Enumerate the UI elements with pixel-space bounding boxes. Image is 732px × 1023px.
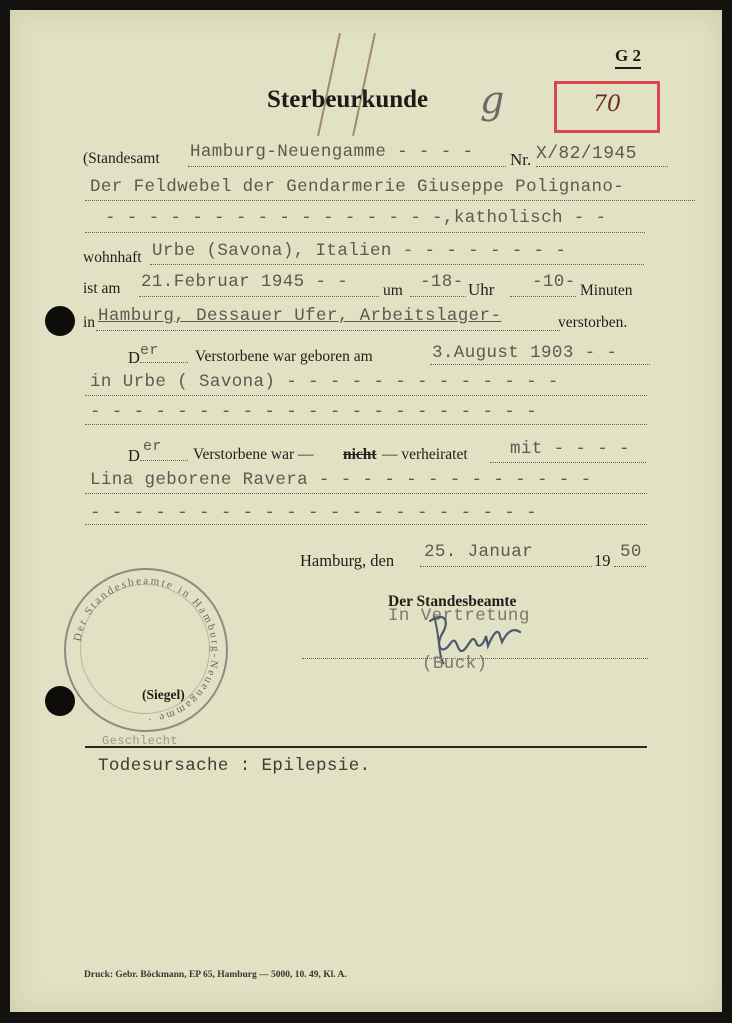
- seal-ring-text: Der Standesbeamte in Hamburg-Neuengamme …: [66, 570, 226, 730]
- spouse-name: Lina geborene Ravera - - - - - - - - - -…: [90, 470, 591, 490]
- death-date: 21.Februar 1945 - -: [141, 272, 348, 292]
- dotted-line: [614, 566, 646, 567]
- punch-hole-top: [45, 306, 75, 336]
- separator-line: [85, 746, 647, 748]
- dotted-line: [85, 200, 695, 201]
- married-struck-word: nicht: [343, 446, 377, 464]
- signer-name: (Buck): [422, 654, 487, 674]
- minuten-label: Minuten: [580, 282, 633, 300]
- residence-value: Urbe (Savona), Italien - - - - - - - -: [152, 241, 566, 261]
- dotted-line: [536, 166, 668, 167]
- birth-filler: - - - - - - - - - - - - - - - - - - - - …: [90, 402, 537, 422]
- pencil-stroke-mark: [317, 33, 341, 136]
- um-label: um: [383, 282, 403, 300]
- born-label: Verstorbene war geboren am: [195, 348, 373, 366]
- married-label-b: — verheiratet: [382, 446, 468, 464]
- married-prefix-typed: er: [143, 438, 162, 455]
- dotted-line: [510, 296, 576, 297]
- red-number-box: 70: [554, 81, 660, 133]
- dotted-line: [139, 296, 379, 297]
- birth-date: 3.August 1903 - -: [432, 343, 617, 363]
- issuance-date: 25. Januar: [424, 542, 533, 562]
- dotted-line: [140, 362, 188, 363]
- dotted-line: [85, 524, 647, 525]
- death-place: Hamburg, Dessauer Ufer, Arbeitslager-: [98, 306, 501, 326]
- married-label-a: Verstorbene war —: [193, 446, 314, 464]
- uhr-label: Uhr: [468, 280, 494, 300]
- official-seal: Der Standesbeamte in Hamburg-Neuengamme …: [64, 568, 228, 732]
- seal-label: (Siegel): [142, 687, 185, 703]
- dotted-line: [410, 296, 466, 297]
- dotted-line: [85, 493, 647, 494]
- in-label: in: [83, 314, 95, 332]
- person-line-1: Der Feldwebel der Gendarmerie Giuseppe P…: [90, 177, 624, 197]
- dotted-line: [96, 330, 560, 331]
- dotted-line: [420, 566, 592, 567]
- birth-place: in Urbe ( Savona) - - - - - - - - - - - …: [90, 372, 559, 392]
- punch-hole-bottom: [45, 686, 75, 716]
- born-prefix-typed: er: [140, 342, 159, 359]
- year-suffix: 50: [620, 542, 642, 562]
- married-prefix: D: [128, 446, 140, 466]
- standesamt-label: (Standesamt: [83, 150, 160, 168]
- year-prefix: 19: [594, 551, 611, 571]
- dotted-line: [150, 264, 644, 265]
- dotted-line: [430, 364, 650, 365]
- death-hour: -18-: [420, 272, 464, 292]
- handwritten-mark: g: [480, 78, 504, 122]
- pencil-stroke-mark: [352, 33, 376, 136]
- printer-note: Druck: Gebr. Böckmann, EP 65, Hamburg — …: [84, 970, 347, 980]
- dotted-line: [188, 166, 506, 167]
- dotted-line: [490, 462, 646, 463]
- document-title: Sterbeurkunde: [267, 86, 428, 114]
- verstorben-label: verstorben.: [558, 314, 627, 332]
- death-minute: -10-: [532, 272, 576, 292]
- form-code: G 2: [615, 46, 641, 69]
- issuance-place-label: Hamburg, den: [300, 551, 394, 571]
- register-number: X/82/1945: [536, 144, 637, 164]
- spouse-filler: - - - - - - - - - - - - - - - - - - - - …: [90, 503, 537, 523]
- red-box-number: 70: [593, 92, 621, 117]
- dotted-line: [85, 424, 647, 425]
- nr-label: Nr.: [510, 150, 531, 170]
- dotted-line: [140, 460, 188, 461]
- ist-am-label: ist am: [83, 280, 120, 298]
- death-certificate-page: G 2 Sterbeurkunde g 70 (Standesamt Hambu…: [10, 10, 722, 1012]
- dotted-line: [85, 395, 647, 396]
- cause-of-death: Todesursache : Epilepsie.: [98, 756, 371, 776]
- born-prefix: D: [128, 348, 140, 368]
- wohnhaft-label: wohnhaft: [83, 249, 142, 267]
- person-line-2: - - - - - - - - - - - - - - - -,katholis…: [105, 208, 606, 228]
- standesamt-value: Hamburg-Neuengamme - - - -: [190, 142, 473, 162]
- married-value: mit - - - -: [510, 439, 630, 459]
- dotted-line: [85, 232, 645, 233]
